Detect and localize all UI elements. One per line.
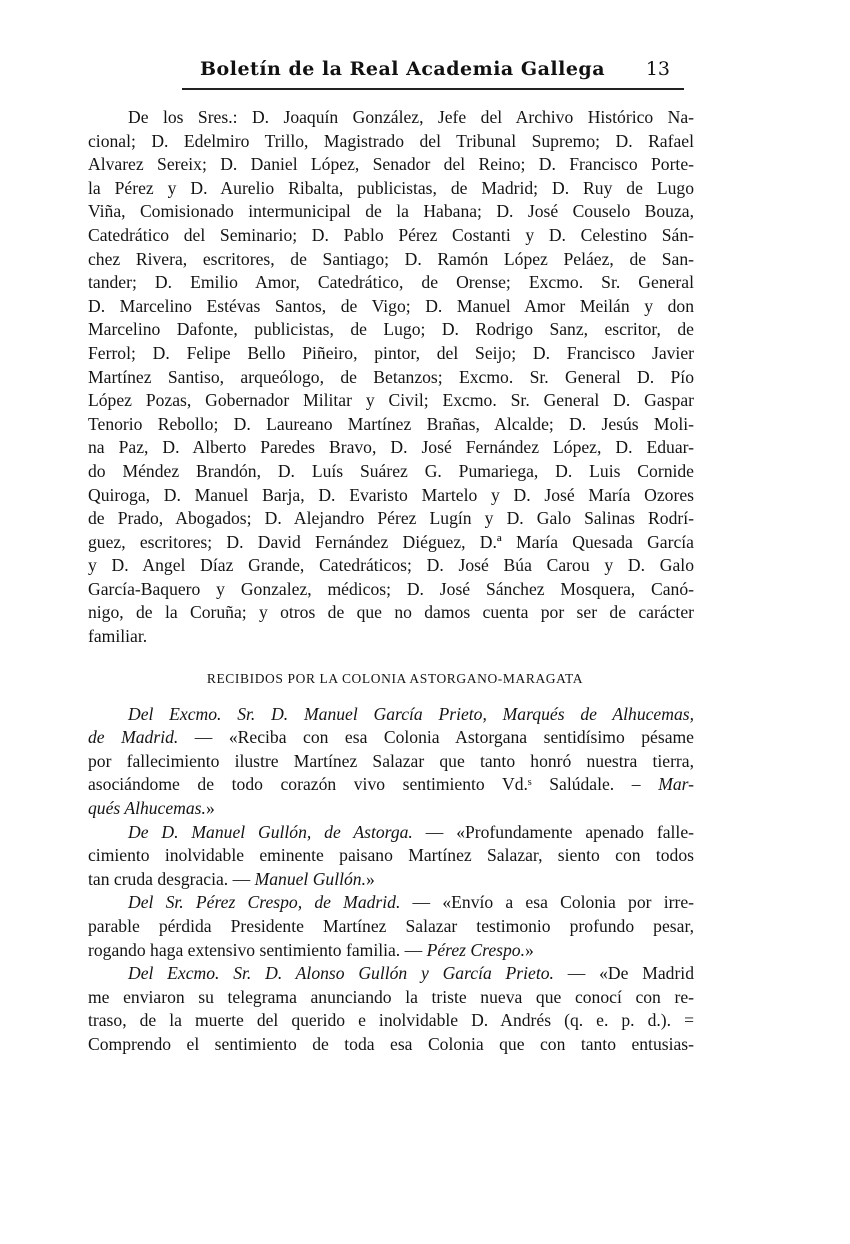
text-line: López Pozas, Gobernador Militar y Civil;… [88, 389, 694, 413]
line-text: por fallecimiento ilustre Martínez Salaz… [88, 751, 694, 771]
text-line: Del Excmo. Sr. D. Alonso Gullón y García… [88, 962, 694, 986]
line-text: traso, de la muerte del querido e inolvi… [88, 1010, 694, 1030]
text-line: parable pérdida Presidente Martínez Sala… [88, 915, 694, 939]
telegram-garcia-prieto: Del Excmo. Sr. D. Manuel García Prieto, … [88, 703, 694, 821]
line-text: » [206, 798, 215, 818]
line-text: — «Envío a esa Colonia por irre- [400, 892, 694, 912]
text-line: tan cruda desgracia. — Manuel Gullón.» [88, 868, 694, 892]
text-line: por fallecimiento ilustre Martínez Salaz… [88, 750, 694, 774]
text-line: Catedrático del Seminario; D. Pablo Pére… [88, 224, 694, 248]
text-line: guez, escritores; D. David Fernández Dié… [88, 531, 694, 555]
text-line: la Pérez y D. Aurelio Ribalta, publicist… [88, 177, 694, 201]
text-line: Tenorio Rebollo; D. Laureano Martínez Br… [88, 413, 694, 437]
journal-title: Boletín de la Real Academia Gallega [200, 58, 605, 80]
text-line: De D. Manuel Gullón, de Astorga. — «Prof… [88, 821, 694, 845]
text-line: cional; D. Edelmiro Trillo, Magistrado d… [88, 130, 694, 154]
text-line: de Madrid. — «Reciba con esa Colonia Ast… [88, 726, 694, 750]
text-line: nigo, de la Coruña; y otros de que no da… [88, 601, 694, 625]
telegram-perez-crespo: Del Sr. Pérez Crespo, de Madrid. — «Enví… [88, 891, 694, 962]
telegram-alonso-gullon: Del Excmo. Sr. D. Alonso Gullón y García… [88, 962, 694, 1056]
text-line: qués Alhucemas.» [88, 797, 694, 821]
text-line: Marcelino Dafonte, publicistas, de Lugo;… [88, 318, 694, 342]
text-line: tander; D. Emilio Amor, Catedrático, de … [88, 271, 694, 295]
page-number: 13 [646, 58, 670, 80]
text-line: Del Excmo. Sr. D. Manuel García Prieto, … [88, 703, 694, 727]
page-body: De los Sres.: D. Joaquín González, Jefe … [88, 106, 694, 1057]
text-line: cimiento inolvidable eminente paisano Ma… [88, 844, 694, 868]
line-text: tan cruda desgracia. — [88, 869, 255, 889]
signature-italic: Mar- [658, 774, 694, 794]
paragraph-attendees: De los Sres.: D. Joaquín González, Jefe … [88, 106, 694, 649]
signature-italic: qués Alhucemas. [88, 798, 206, 818]
text-line: traso, de la muerte del querido e inolvi… [88, 1009, 694, 1033]
line-text: parable pérdida Presidente Martínez Sala… [88, 916, 694, 936]
signature-italic: Manuel Gullón. [255, 869, 366, 889]
sender-italic: De D. Manuel Gullón, de Astorga. [128, 822, 413, 842]
line-text: — «De Madrid [554, 963, 694, 983]
document-page: Boletín de la Real Academia Gallega 13 D… [0, 0, 850, 1244]
text-line: Viña, Comisionado intermunicipal de la H… [88, 200, 694, 224]
text-line: Comprendo el sentimiento de toda esa Col… [88, 1033, 694, 1057]
sender-italic: Del Excmo. Sr. D. Alonso Gullón y García… [128, 963, 554, 983]
text-line: de Prado, Abogados; D. Alejandro Pérez L… [88, 507, 694, 531]
line-text: — «Reciba con esa Colonia Astorgana sent… [178, 727, 694, 747]
text-line: Martínez Santiso, arqueólogo, de Betanzo… [88, 366, 694, 390]
text-line: familiar. [88, 625, 694, 649]
sender-italic: Del Sr. Pérez Crespo, de Madrid. [128, 892, 400, 912]
line-text: Comprendo el sentimiento de toda esa Col… [88, 1034, 694, 1054]
line-text: me enviaron su telegrama anunciando la t… [88, 987, 694, 1007]
text-line: do Méndez Brandón, D. Luís Suárez G. Pum… [88, 460, 694, 484]
line-text: asociándome de todo corazón vivo sentimi… [88, 774, 658, 794]
line-text: cimiento inolvidable eminente paisano Ma… [88, 845, 694, 865]
text-line: rogando haga extensivo sentimiento famil… [88, 939, 694, 963]
text-line: asociándome de todo corazón vivo sentimi… [88, 773, 694, 797]
text-line: Quiroga, D. Manuel Barja, D. Evaristo Ma… [88, 484, 694, 508]
text-line: Del Sr. Pérez Crespo, de Madrid. — «Enví… [88, 891, 694, 915]
text-line: Ferrol; D. Felipe Bello Piñeiro, pintor,… [88, 342, 694, 366]
text-line: García-Baquero y Gonzalez, médicos; D. J… [88, 578, 694, 602]
line-text: rogando haga extensivo sentimiento famil… [88, 940, 427, 960]
line-text: » [366, 869, 375, 889]
text-line: Alvarez Sereix; D. Daniel López, Senador… [88, 153, 694, 177]
header-rule [182, 88, 684, 90]
sender-italic: Del Excmo. Sr. D. Manuel García Prieto, … [128, 704, 694, 724]
text-line: me enviaron su telegrama anunciando la t… [88, 986, 694, 1010]
sender-italic: de Madrid. [88, 727, 178, 747]
running-header: Boletín de la Real Academia Gallega 13 [200, 58, 670, 88]
signature-italic: Pérez Crespo. [427, 940, 525, 960]
text-line: y D. Angel Díaz Grande, Catedráticos; D.… [88, 554, 694, 578]
text-line: chez Rivera, escritores, de Santiago; D.… [88, 248, 694, 272]
line-text: — «Profundamente apenado falle- [413, 822, 694, 842]
section-heading: RECIBIDOS POR LA COLONIA ASTORGANO-MARAG… [88, 667, 694, 691]
text-line: na Paz, D. Alberto Paredes Bravo, D. Jos… [88, 436, 694, 460]
text-line: D. Marcelino Estévas Santos, de Vigo; D.… [88, 295, 694, 319]
telegram-manuel-gullon: De D. Manuel Gullón, de Astorga. — «Prof… [88, 821, 694, 892]
line-text: » [525, 940, 534, 960]
text-line: De los Sres.: D. Joaquín González, Jefe … [88, 106, 694, 130]
